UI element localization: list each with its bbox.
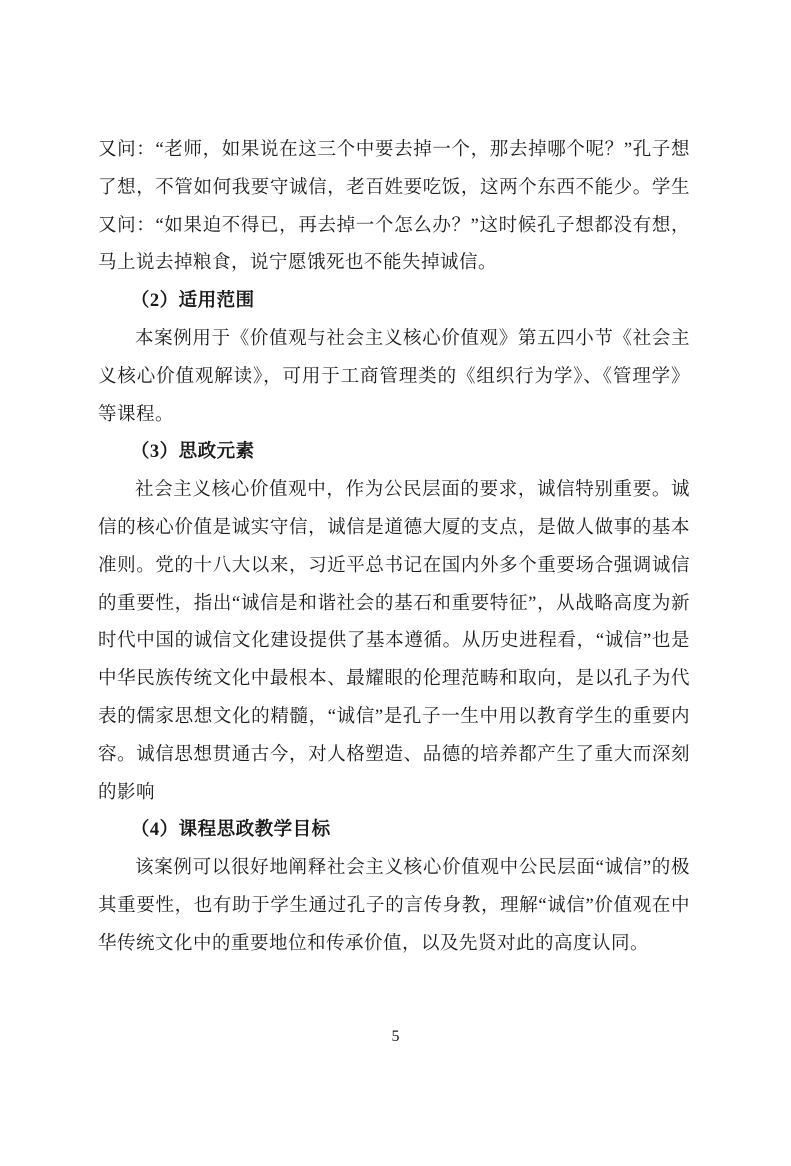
page-number: 5 — [392, 1028, 400, 1045]
section-heading-ideological-elements: （3）思政元素 — [98, 434, 690, 472]
section-heading-teaching-goals: （4）课程思政教学目标 — [98, 812, 690, 850]
document-body: 又问：“老师，如果说在这三个中要去掉一个，那去掉哪个呢？”孔子想了想，不管如何我… — [98, 132, 690, 964]
paragraph-ideological-elements: 社会主义核心价值观中，作为公民层面的要求，诚信特别重要。诚信的核心价值是诚实守信… — [98, 472, 690, 812]
document-page: { "content": { "blocks": [ { "type": "pa… — [0, 0, 791, 1166]
page-footer: 5 — [0, 1027, 791, 1047]
paragraph-teaching-goals: 该案例可以很好地阐释社会主义核心价值观中公民层面“诚信”的极其重要性，也有助于学… — [98, 850, 690, 963]
section-heading-scope: （2）适用范围 — [98, 283, 690, 321]
paragraph-scope: 本案例用于《价值观与社会主义核心价值观》第五四小节《社会主义核心价值观解读》，可… — [98, 321, 690, 434]
paragraph-confucius-story: 又问：“老师，如果说在这三个中要去掉一个，那去掉哪个呢？”孔子想了想，不管如何我… — [98, 132, 690, 283]
